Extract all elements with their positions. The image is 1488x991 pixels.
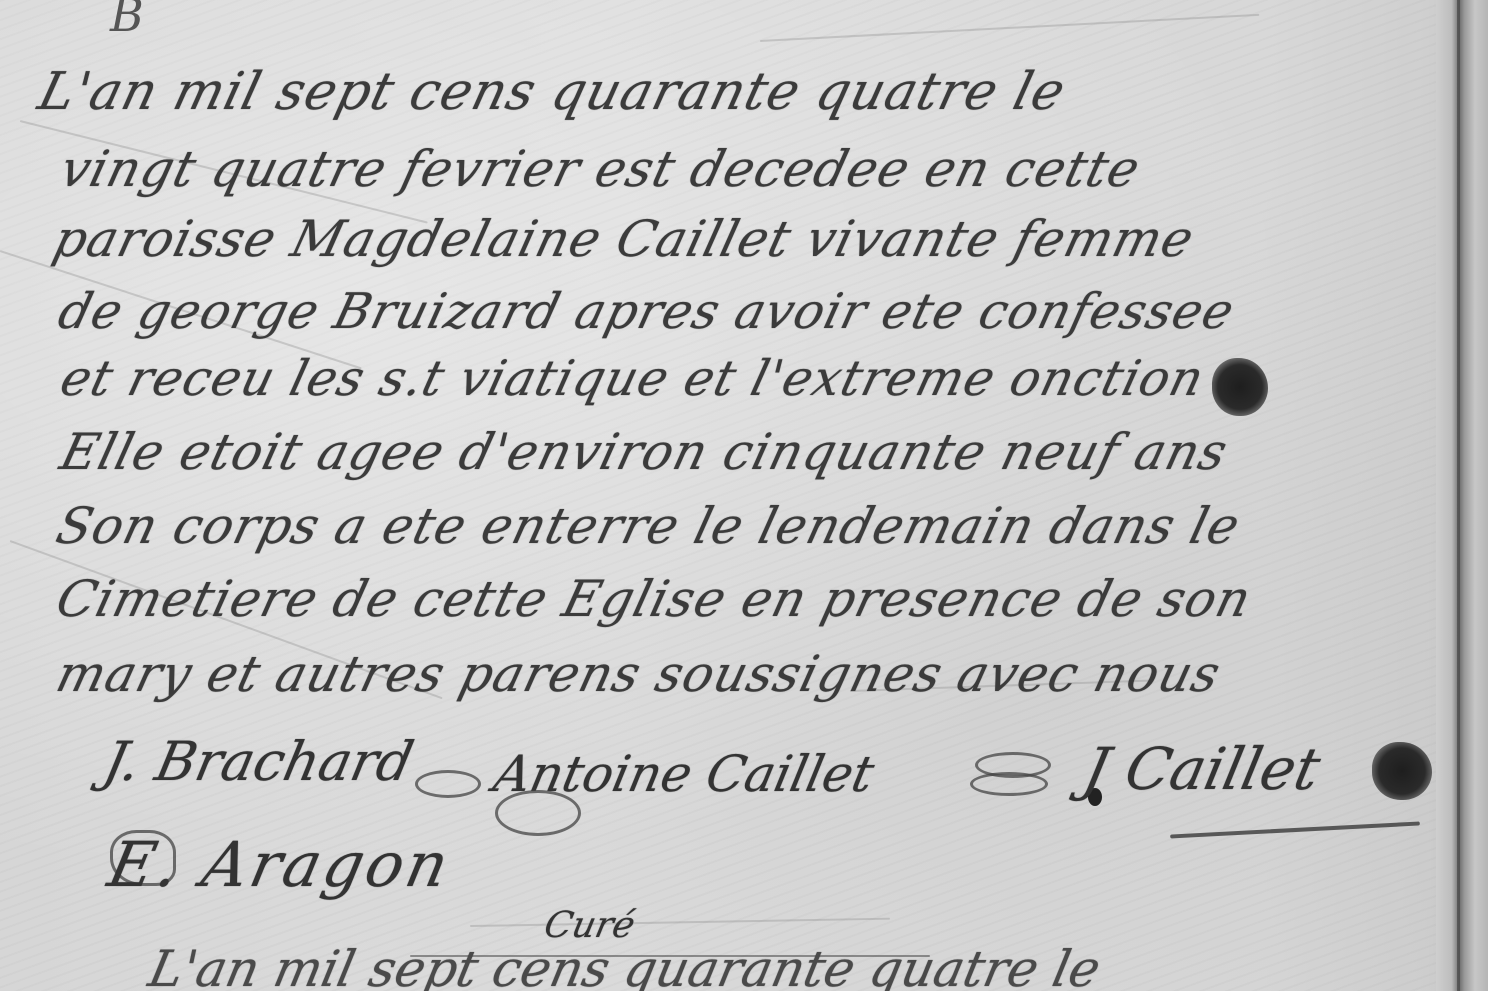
record-line-4: de george Bruizard apres avoir ete confe…	[53, 283, 1240, 340]
signature-brachard: J. Brachard	[98, 730, 418, 793]
record-line-1: L'an mil sept cens quarante quatre le	[33, 62, 1072, 122]
record-line-6: Elle etoit agee d'environ cinquante neuf…	[55, 423, 1234, 481]
record-line-9: mary et autres parens soussignes avec no…	[51, 645, 1227, 703]
record-line-5: et receu les s.t viatique et l'extreme o…	[55, 350, 1210, 407]
bleed-through-stroke	[760, 14, 1259, 42]
record-line-3: paroisse Magdelaine Caillet vivante femm…	[48, 210, 1200, 268]
signature-underline	[1170, 821, 1420, 838]
ink-blot	[1212, 358, 1268, 416]
corner-mark: B	[110, 0, 144, 42]
record-line-7: Son corps a ete enterre le lendemain dan…	[51, 497, 1246, 555]
record-line-8: Cimetiere de cette Eglise en presence de…	[51, 570, 1258, 628]
signature-flourish	[415, 770, 481, 798]
ink-blot	[1372, 742, 1432, 800]
document-page: B L'an mil sept cens quarante quatre le …	[0, 0, 1488, 991]
next-entry-fragment: L'an mil sept cens quarante quatre le	[144, 940, 1106, 991]
record-line-2: vingt quatre fevrier est decedee en cett…	[55, 140, 1147, 198]
signature-aragon: E. Aragon	[102, 828, 458, 901]
signature-flourish	[495, 790, 581, 836]
page-edge	[1457, 0, 1460, 991]
signature-j-caillet: J Caillet	[1078, 735, 1326, 803]
page-binding	[1436, 0, 1488, 991]
signature-flourish	[970, 772, 1048, 796]
bleed-through-stroke	[470, 918, 890, 927]
